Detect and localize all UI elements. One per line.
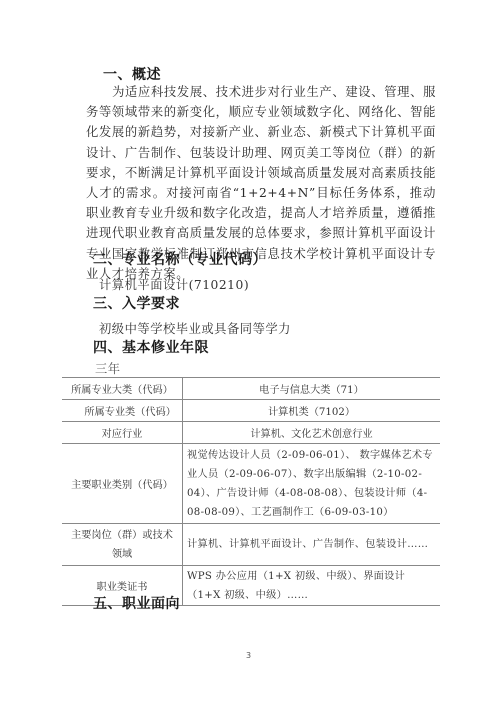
section-heading-duration: 四、基本修业年限 [93, 337, 209, 357]
duration-text: 三年 [95, 359, 121, 377]
profession-info-table: 所属专业大类（代码） 电子与信息大类（71） 所属专业类（代码） 计算机类（71… [62, 377, 440, 606]
table-label: 主要岗位（群）或技术领域 [62, 524, 183, 566]
table-value: WPS 办公应用（1+X 初级、中级）、界面设计（1+X 初级、中级）…… [183, 566, 441, 606]
section-heading-career: 五、职业面向 [93, 593, 180, 613]
admission-text: 初级中等学校毕业或具备同等学力 [99, 319, 291, 337]
table-value: 计算机、计算机平面设计、广告制作、包装设计…… [183, 524, 441, 566]
table-row: 主要岗位（群）或技术领域 计算机、计算机平面设计、广告制作、包装设计…… [62, 524, 440, 566]
major-name-text: 计算机平面设计(710210) [99, 275, 249, 293]
table-label: 所属专业类（代码） [62, 400, 183, 422]
table-row: 主要职业类别（代码） 视觉传达设计人员（2-09-06-01）、 数字媒体艺术专… [62, 444, 440, 524]
section-heading-overview: 一、概述 [103, 64, 161, 84]
section-heading-admission: 三、入学要求 [93, 293, 180, 313]
table-value: 计算机类（7102） [183, 400, 441, 422]
table-value: 计算机、文化艺术创意行业 [183, 422, 441, 444]
page-number: 3 [246, 651, 251, 660]
table-value: 视觉传达设计人员（2-09-06-01）、 数字媒体艺术专业人员（2-09-06… [183, 444, 441, 524]
table-value: 电子与信息大类（71） [183, 378, 441, 400]
table-label: 所属专业大类（代码） [62, 378, 183, 400]
section-heading-major-name: 二、专业名称（专业代码） [93, 249, 267, 269]
table-row: 对应行业 计算机、文化艺术创意行业 [62, 422, 440, 444]
table-row: 所属专业大类（代码） 电子与信息大类（71） [62, 378, 440, 400]
table-label: 对应行业 [62, 422, 183, 444]
table-row: 所属专业类（代码） 计算机类（7102） [62, 400, 440, 422]
table-label: 主要职业类别（代码） [62, 444, 183, 524]
